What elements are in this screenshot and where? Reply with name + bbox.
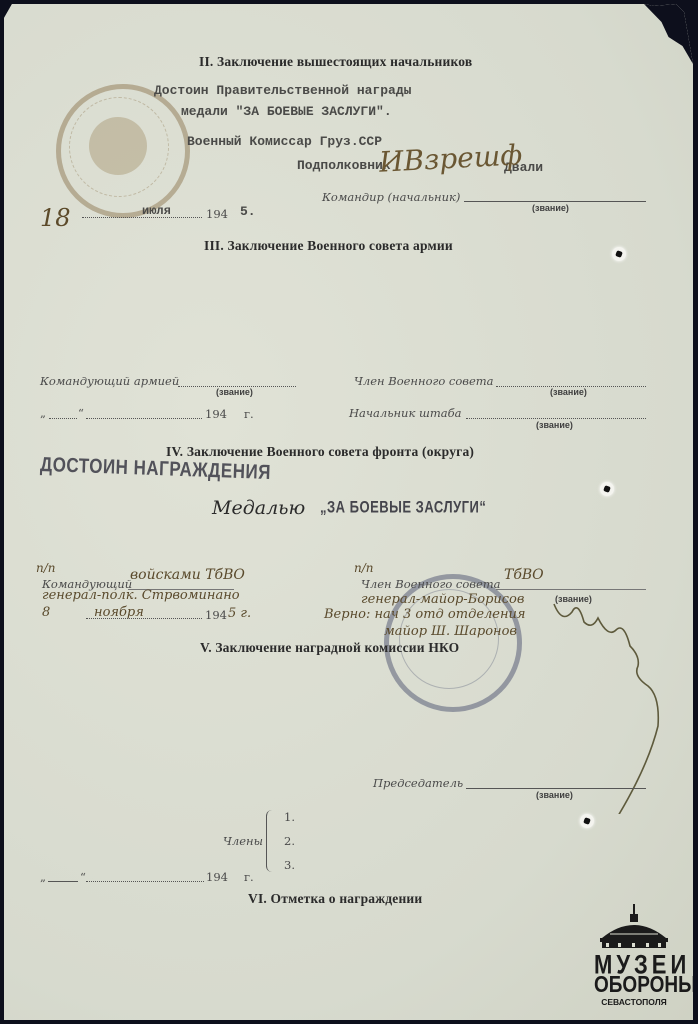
member-3: 3. (284, 858, 295, 872)
commander-hand-line1: войсками ТбВО (130, 567, 245, 583)
commander-hand-line2: генерал-полк. Стрвоминано (42, 588, 240, 603)
section6-heading: VI. Отметка о награждении (248, 891, 422, 907)
members-label: Члены (223, 834, 263, 848)
chairman-label: Председатель (373, 776, 463, 790)
section2-heading: II. Заключение вышестоящих начальников (199, 54, 472, 70)
museum-logo: МУЗЕИ ОБОРОНЫ СЕВАСТОПОЛЯ (594, 904, 674, 1007)
typed-rank: Подполковник (297, 158, 391, 173)
commissar-signature: ИВзрешф (378, 138, 523, 178)
date-year-prefix: 194 (206, 870, 228, 884)
council-prefix: п/п (354, 561, 374, 575)
section3-heading: III. Заключение Военного совета армии (204, 238, 453, 254)
military-commissariat-seal (56, 84, 190, 218)
typed-medal-line: медали "ЗА БОЕВЫЕ ЗАСЛУГИ". (181, 104, 392, 119)
handwritten-signature-stroke (544, 594, 684, 814)
date-quote-close: “ (80, 870, 86, 884)
museum-dome-icon (596, 904, 672, 950)
handwritten-award-word: Медалью (212, 497, 305, 519)
punch-hole (612, 247, 626, 261)
army-commander-label: Командующий армией (40, 374, 179, 388)
date-quote-open: „ (40, 870, 46, 884)
rank-hint: (звание) (550, 387, 587, 397)
section5-heading: V. Заключение наградной комиссии НКО (200, 640, 459, 656)
chief-of-staff-label: Начальник штаба (349, 406, 462, 420)
date-day: 8 (42, 605, 50, 620)
medal-name-stamp: „ЗА БОЕВЫЕ ЗАСЛУГИ“ (320, 497, 486, 517)
rank-hint: (звание) (532, 203, 569, 213)
section4-heading: IV. Заключение Военного совета фронта (о… (166, 444, 474, 460)
date-year-suffix: г. (244, 870, 254, 884)
date-year-suffix: г. (244, 407, 254, 421)
date-year-prefix: 194 (206, 207, 228, 221)
date-quote-open: „ (40, 406, 46, 420)
verified-line1: Верно: нач 3 отд отделения (324, 607, 526, 622)
date-month: ноября (94, 605, 144, 620)
document-page: II. Заключение вышестоящих начальников Д… (4, 4, 693, 1020)
verified-line2: майор Ш. Шаронов (384, 624, 517, 639)
date-day: 18 (40, 204, 71, 232)
members-brace (266, 810, 273, 872)
date-year-suffix: 5 г. (228, 606, 251, 621)
rank-hint: (звание) (216, 387, 253, 397)
date-month: июля (142, 204, 171, 218)
logo-line2: ОБОРОНЫ (594, 973, 674, 999)
member-2: 2. (284, 834, 295, 848)
rank-hint: (звание) (536, 420, 573, 430)
date-year-prefix: 194 (205, 407, 227, 421)
date-quote-close: “ (78, 406, 84, 420)
council-hand-line1: ТбВО (504, 567, 544, 583)
commander-prefix: п/п (36, 561, 56, 575)
council-member-label: Член Военного совета (361, 577, 501, 591)
date-year-prefix: 194 (205, 608, 227, 622)
rank-hint: (звание) (536, 790, 573, 800)
punch-hole (600, 482, 614, 496)
council-member-label: Член Военного совета (354, 374, 494, 388)
typed-worthy-line: Достоин Правительственной награды (154, 83, 411, 98)
date-year-suffix: 5. (240, 204, 256, 219)
council-hand-line2: генерал-майор-Борисов (361, 592, 524, 607)
typed-commissar-line: Военный Комиссар Груз.ССР (187, 134, 382, 149)
member-1: 1. (284, 810, 295, 824)
punch-hole (580, 814, 594, 828)
commander-label: Командир (начальник) (322, 190, 460, 204)
